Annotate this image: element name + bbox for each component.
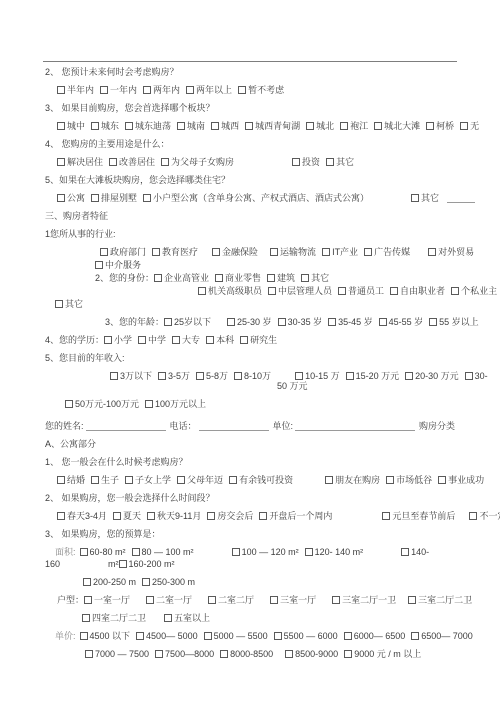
checkbox-icon[interactable] bbox=[465, 372, 473, 380]
checkbox-option[interactable]: 45-55 岁 bbox=[379, 317, 424, 327]
checkbox-icon[interactable] bbox=[142, 578, 150, 586]
checkbox-icon[interactable] bbox=[65, 400, 73, 408]
option-label: 小户型公寓（含单身公寓、产权式酒店、酒店式公寓） bbox=[153, 193, 369, 203]
checkbox-icon[interactable] bbox=[125, 476, 133, 484]
checkbox-option[interactable]: 房交会后 bbox=[207, 511, 253, 521]
checkbox-icon[interactable] bbox=[172, 336, 180, 344]
checkbox-icon[interactable] bbox=[57, 86, 65, 94]
checkbox-option[interactable]: 一室一厅 bbox=[84, 595, 130, 605]
checkbox-option[interactable]: 城北大滩 bbox=[374, 121, 420, 131]
options-identity-row2: 机关高级职员中层管理人员普通员工自由职业者个私业主 bbox=[198, 286, 457, 296]
checkbox-icon[interactable] bbox=[278, 318, 286, 326]
option-label: 城西 bbox=[221, 121, 239, 131]
question-education: 4、您的学历：小学中学大专本科研究生 bbox=[45, 335, 457, 345]
checkbox-option[interactable]: 运输物流 bbox=[270, 247, 316, 257]
options-when-consider: 结婚生子子女上学父母年迈有余钱可投资朋友在购房市场低谷事业成功 bbox=[57, 475, 457, 485]
checkbox-icon[interactable] bbox=[390, 287, 398, 295]
checkbox-option[interactable]: 解决居住 bbox=[57, 157, 103, 167]
option-label: 运输物流 bbox=[280, 247, 316, 257]
option-label: 朋友在购房 bbox=[335, 475, 380, 485]
checkbox-option[interactable]: 父母年迈 bbox=[177, 475, 223, 485]
option-label: 个私业主 bbox=[461, 286, 497, 296]
checkbox-option[interactable]: 企业高管业 bbox=[154, 273, 209, 283]
spacer bbox=[200, 554, 232, 555]
option-label: 暂不考虑 bbox=[248, 85, 284, 95]
option-label: 四室二厅二卫 bbox=[92, 613, 146, 623]
checkbox-option[interactable]: 8-10万 bbox=[234, 371, 271, 381]
checkbox-icon[interactable] bbox=[215, 274, 223, 282]
checkbox-option[interactable]: 3-5万 bbox=[158, 371, 190, 381]
option-label: 5500 — 6000 bbox=[284, 631, 338, 641]
checkbox-icon[interactable] bbox=[270, 248, 278, 256]
checkbox-option[interactable]: 中学 bbox=[138, 335, 166, 345]
checkbox-icon[interactable] bbox=[234, 372, 242, 380]
checkbox-icon[interactable] bbox=[91, 122, 99, 130]
question-budget: 3、 如果购房，您的预算是： bbox=[45, 529, 457, 539]
checkbox-icon[interactable] bbox=[198, 287, 206, 295]
checkbox-option[interactable]: 改善居住 bbox=[109, 157, 155, 167]
checkbox-icon[interactable] bbox=[328, 318, 336, 326]
option-label: 中介服务 bbox=[105, 260, 141, 270]
option-label: 结婚 bbox=[67, 475, 85, 485]
checkbox-icon[interactable] bbox=[208, 596, 216, 604]
budget-housetype-row1: 户型：一室一厅二室一厅二室二厅三室一厅三室二厅一卫三室二厅二卫 bbox=[57, 595, 457, 605]
checkbox-icon[interactable] bbox=[326, 158, 334, 166]
checkbox-option[interactable]: 120- 140 m² bbox=[305, 547, 364, 557]
checkbox-option[interactable]: 4500 以下 bbox=[80, 631, 131, 641]
checkbox-icon[interactable] bbox=[146, 596, 154, 604]
checkbox-icon[interactable] bbox=[85, 650, 93, 658]
option-label: 建筑 bbox=[277, 273, 295, 283]
option-label: 排屋别墅 bbox=[101, 193, 137, 203]
checkbox-option[interactable]: 140- bbox=[401, 547, 429, 557]
checkbox-option[interactable]: 160-200 m² bbox=[119, 559, 175, 569]
checkbox-option[interactable]: 中介服务 bbox=[95, 260, 141, 270]
spacer bbox=[152, 620, 164, 621]
checkbox-option[interactable]: 教育医疗 bbox=[152, 247, 198, 257]
checkbox-icon[interactable] bbox=[57, 476, 65, 484]
checkbox-option[interactable]: 其它 bbox=[301, 273, 329, 283]
checkbox-icon[interactable] bbox=[80, 548, 88, 556]
checkbox-option[interactable]: 建筑 bbox=[267, 273, 295, 283]
checkbox-icon[interactable] bbox=[164, 318, 172, 326]
checkbox-option[interactable]: 夏天 bbox=[113, 511, 141, 521]
options-datan-housing-type: 公寓排屋别墅小户型公寓（含单身公寓、产权式酒店、酒店式公寓）其它 bbox=[57, 193, 457, 203]
checkbox-option[interactable]: 三室二厅一卫 bbox=[332, 595, 396, 605]
checkbox-icon[interactable] bbox=[207, 512, 215, 520]
option-label: 研究生 bbox=[250, 335, 277, 345]
option-label: 父母年迈 bbox=[187, 475, 223, 485]
spacer bbox=[322, 602, 332, 603]
text-label: 电话： bbox=[170, 421, 197, 431]
checkbox-icon[interactable] bbox=[84, 596, 92, 604]
checkbox-icon[interactable] bbox=[57, 194, 65, 202]
option-label: 本科 bbox=[216, 335, 234, 345]
checkbox-icon[interactable] bbox=[322, 248, 330, 256]
fill-in-blank[interactable] bbox=[447, 193, 475, 203]
checkbox-icon[interactable] bbox=[267, 274, 275, 282]
option-label: 元旦至春节前后 bbox=[392, 511, 455, 521]
option-label: 投资 bbox=[302, 157, 320, 167]
checkbox-option[interactable]: 城东 bbox=[91, 121, 119, 131]
checkbox-option[interactable]: 有余钱可投资 bbox=[229, 475, 293, 485]
question-income: 5、您目前的年收入: bbox=[45, 353, 457, 363]
checkbox-icon[interactable] bbox=[206, 336, 214, 344]
checkbox-icon[interactable] bbox=[143, 86, 151, 94]
checkbox-icon[interactable] bbox=[104, 336, 112, 344]
checkbox-option[interactable]: 二室一厅 bbox=[146, 595, 192, 605]
budget-area-row2: 160m²160-200 m² bbox=[45, 559, 457, 569]
checkbox-icon[interactable] bbox=[460, 122, 468, 130]
checkbox-option[interactable]: 60-80 m² bbox=[80, 547, 126, 557]
checkbox-icon[interactable] bbox=[429, 318, 437, 326]
option-label: 半年内 bbox=[67, 85, 94, 95]
checkbox-icon[interactable] bbox=[110, 372, 118, 380]
checkbox-icon[interactable] bbox=[259, 512, 267, 520]
checkbox-option[interactable]: 25岁以下 bbox=[164, 317, 211, 327]
checkbox-icon[interactable] bbox=[145, 400, 153, 408]
checkbox-option[interactable]: 其它 bbox=[411, 193, 439, 203]
option-label: 25岁以下 bbox=[174, 317, 211, 327]
option-label: 企业高管业 bbox=[164, 273, 209, 283]
option-label: 为父母子女购房 bbox=[171, 157, 234, 167]
checkbox-option[interactable]: 本科 bbox=[206, 335, 234, 345]
checkbox-option[interactable]: 投资 bbox=[292, 157, 320, 167]
checkbox-option[interactable]: 广告传媒 bbox=[364, 247, 410, 257]
checkbox-option[interactable]: 55 岁以上 bbox=[429, 317, 479, 327]
checkbox-option[interactable]: 商业零售 bbox=[215, 273, 261, 283]
checkbox-option[interactable]: 春天3-4月 bbox=[57, 511, 107, 521]
checkbox-icon[interactable] bbox=[238, 86, 246, 94]
option-label: 三室一厅 bbox=[280, 595, 316, 605]
checkbox-icon[interactable] bbox=[386, 476, 394, 484]
checkbox-option[interactable]: 200-250 m bbox=[83, 577, 136, 587]
checkbox-icon[interactable] bbox=[227, 318, 235, 326]
checkbox-option[interactable]: 25-30 岁 bbox=[227, 317, 272, 327]
text-label: 3、 如果目前购房，您会首选择哪个板块？ bbox=[45, 103, 215, 113]
checkbox-icon[interactable] bbox=[301, 274, 309, 282]
option-label: 自由职业者 bbox=[400, 286, 445, 296]
checkbox-icon[interactable] bbox=[232, 548, 240, 556]
checkbox-option[interactable]: 5000 — 5500 bbox=[204, 631, 268, 641]
option-label: 其它 bbox=[336, 157, 354, 167]
option-label: 对外贸易 bbox=[438, 247, 474, 257]
checkbox-icon[interactable] bbox=[245, 122, 253, 130]
checkbox-icon[interactable] bbox=[80, 632, 88, 640]
checkbox-icon[interactable] bbox=[270, 596, 278, 604]
checkbox-option[interactable]: 事业成功 bbox=[438, 475, 484, 485]
option-label: 7500—8000 bbox=[165, 649, 214, 659]
section-apartment-part: A、公寓部分 bbox=[45, 439, 457, 449]
text-label: 3、 如果购房，您的预算是： bbox=[45, 529, 161, 539]
checkbox-icon[interactable] bbox=[83, 578, 91, 586]
checkbox-option[interactable]: 城东迪荡 bbox=[125, 121, 171, 131]
option-label: 30- bbox=[475, 371, 488, 381]
checkbox-option[interactable]: 35-45 岁 bbox=[328, 317, 373, 327]
checkbox-option[interactable]: 机关高级职员 bbox=[198, 286, 262, 296]
checkbox-option[interactable]: 大专 bbox=[172, 335, 200, 345]
checkbox-icon[interactable] bbox=[82, 614, 90, 622]
checkbox-option[interactable]: 市场低谷 bbox=[386, 475, 432, 485]
option-label: 6500— 7000 bbox=[421, 631, 473, 641]
checkbox-option[interactable]: 朋友在购房 bbox=[325, 475, 380, 485]
checkbox-icon[interactable] bbox=[132, 548, 140, 556]
checkbox-option[interactable]: 其它 bbox=[326, 157, 354, 167]
option-label: 6000— 6500 bbox=[354, 631, 406, 641]
respondent-info-line: 您的姓名:电话：单位:购房分类 bbox=[45, 421, 457, 431]
checkbox-option[interactable]: 政府部门 bbox=[100, 247, 146, 257]
checkbox-option[interactable]: 9000 元 / m 以上 bbox=[344, 649, 421, 659]
checkbox-icon[interactable] bbox=[196, 372, 204, 380]
checkbox-option[interactable]: 柯桥 bbox=[426, 121, 454, 131]
text-label: m² bbox=[108, 559, 119, 569]
checkbox-icon[interactable] bbox=[306, 122, 314, 130]
checkbox-icon[interactable] bbox=[451, 287, 459, 295]
checkbox-icon[interactable] bbox=[229, 476, 237, 484]
checkbox-icon[interactable] bbox=[155, 650, 163, 658]
checkbox-option[interactable]: 20-30 万元 bbox=[405, 371, 459, 381]
checkbox-option[interactable]: 城中 bbox=[57, 121, 85, 131]
fill-in-blank[interactable] bbox=[199, 421, 269, 431]
checkbox-icon[interactable] bbox=[438, 476, 446, 484]
checkbox-option[interactable]: 元旦至春节前后 bbox=[382, 511, 455, 521]
checkbox-icon[interactable] bbox=[295, 372, 303, 380]
checkbox-option[interactable]: 小学 bbox=[104, 335, 132, 345]
checkbox-option[interactable]: 排屋别墅 bbox=[91, 193, 137, 203]
checkbox-option[interactable]: 一年内 bbox=[100, 85, 137, 95]
checkbox-option[interactable]: 8000-8500 bbox=[220, 649, 273, 659]
checkbox-icon[interactable] bbox=[57, 512, 65, 520]
checkbox-icon[interactable] bbox=[411, 632, 419, 640]
fill-in-blank[interactable] bbox=[86, 421, 166, 431]
checkbox-icon[interactable] bbox=[408, 596, 416, 604]
checkbox-icon[interactable] bbox=[374, 122, 382, 130]
checkbox-option[interactable]: 30-35 岁 bbox=[278, 317, 323, 327]
checkbox-icon[interactable] bbox=[469, 512, 477, 520]
checkbox-icon[interactable] bbox=[57, 158, 65, 166]
option-label: 8500-9000 bbox=[295, 649, 338, 659]
checkbox-icon[interactable] bbox=[211, 122, 219, 130]
option-label: 城东迪荡 bbox=[135, 121, 171, 131]
checkbox-option[interactable]: 小户型公寓（含单身公寓、产权式酒店、酒店式公寓） bbox=[143, 193, 369, 203]
budget-area-row3: 200-250 m250-300 m bbox=[83, 577, 457, 587]
checkbox-option[interactable]: 两年内 bbox=[143, 85, 180, 95]
spacer bbox=[369, 554, 401, 555]
checkbox-option[interactable]: 两年以上 bbox=[186, 85, 232, 95]
checkbox-option[interactable]: 10-15 万 bbox=[295, 371, 340, 381]
checkbox-icon[interactable] bbox=[332, 596, 340, 604]
spacer bbox=[299, 482, 325, 483]
checkbox-option[interactable]: 50万元-100万元 bbox=[65, 399, 139, 409]
options-income-wrap: 50 万元 bbox=[277, 381, 457, 391]
text-label: 单位: bbox=[273, 421, 294, 431]
option-label: 一年内 bbox=[110, 85, 137, 95]
checkbox-option[interactable]: 研究生 bbox=[240, 335, 277, 345]
checkbox-option[interactable]: 3万以下 bbox=[110, 371, 152, 381]
checkbox-option[interactable]: 15-20 万元 bbox=[346, 371, 400, 381]
checkbox-icon[interactable] bbox=[143, 194, 151, 202]
checkbox-option[interactable]: 城西 bbox=[211, 121, 239, 131]
survey-document: 2、 您预计未来何时会考虑购房？ 半年内一年内两年内两年以上暂不考虑 3、 如果… bbox=[0, 0, 500, 659]
question-when-consider: 1、 您一般会在什么时候考虑购房？ bbox=[45, 457, 457, 467]
option-label: 120- 140 m² bbox=[315, 547, 364, 557]
checkbox-icon[interactable] bbox=[411, 194, 419, 202]
checkbox-icon[interactable] bbox=[405, 372, 413, 380]
checkbox-option[interactable]: 100万元以上 bbox=[145, 399, 206, 409]
option-label: 45-55 岁 bbox=[389, 317, 424, 327]
checkbox-option[interactable]: 城北 bbox=[306, 121, 334, 131]
checkbox-icon[interactable] bbox=[292, 158, 300, 166]
checkbox-icon[interactable] bbox=[285, 650, 293, 658]
checkbox-option[interactable]: 普通员工 bbox=[338, 286, 384, 296]
option-label: 55 岁以上 bbox=[439, 317, 479, 327]
checkbox-option[interactable]: 二室二厅 bbox=[208, 595, 254, 605]
checkbox-option[interactable]: 5-8万 bbox=[196, 371, 228, 381]
checkbox-icon[interactable] bbox=[325, 476, 333, 484]
checkbox-option[interactable]: 生子 bbox=[91, 475, 119, 485]
checkbox-icon[interactable] bbox=[401, 548, 409, 556]
spacer bbox=[136, 602, 146, 603]
checkbox-option[interactable]: 无 bbox=[460, 121, 479, 131]
checkbox-option[interactable]: 自由职业者 bbox=[390, 286, 445, 296]
checkbox-icon[interactable] bbox=[426, 122, 434, 130]
checkbox-icon[interactable] bbox=[161, 158, 169, 166]
option-label: 城东 bbox=[101, 121, 119, 131]
checkbox-option[interactable]: 袍江 bbox=[340, 121, 368, 131]
option-label: 其它 bbox=[421, 193, 439, 203]
option-label: 100万元以上 bbox=[155, 399, 206, 409]
checkbox-icon[interactable] bbox=[379, 318, 387, 326]
checkbox-icon[interactable] bbox=[113, 512, 121, 520]
checkbox-option[interactable]: 四室二厅二卫 bbox=[82, 613, 146, 623]
checkbox-option[interactable]: 7500—8000 bbox=[155, 649, 214, 659]
option-label: 袍江 bbox=[350, 121, 368, 131]
checkbox-icon[interactable] bbox=[57, 122, 65, 130]
option-label: 一室一厅 bbox=[94, 595, 130, 605]
checkbox-icon[interactable] bbox=[95, 261, 103, 269]
checkbox-option[interactable]: 其它 bbox=[55, 299, 83, 309]
checkbox-icon[interactable] bbox=[344, 650, 352, 658]
checkbox-option[interactable]: 半年内 bbox=[57, 85, 94, 95]
checkbox-icon[interactable] bbox=[147, 512, 155, 520]
checkbox-option[interactable]: 金融保险 bbox=[212, 247, 258, 257]
option-label: 其它 bbox=[65, 299, 83, 309]
text-label: 单价: bbox=[55, 631, 76, 641]
checkbox-icon[interactable] bbox=[382, 512, 390, 520]
checkbox-icon[interactable] bbox=[177, 122, 185, 130]
fill-in-blank[interactable] bbox=[295, 421, 415, 431]
checkbox-icon[interactable] bbox=[338, 287, 346, 295]
checkbox-icon[interactable] bbox=[186, 86, 194, 94]
checkbox-option[interactable]: 6000— 6500 bbox=[344, 631, 406, 641]
option-label: 无 bbox=[470, 121, 479, 131]
checkbox-option[interactable]: 公寓 bbox=[57, 193, 85, 203]
checkbox-option[interactable]: 为父母子女购房 bbox=[161, 157, 234, 167]
checkbox-icon[interactable] bbox=[428, 248, 436, 256]
checkbox-icon[interactable] bbox=[91, 476, 99, 484]
checkbox-option[interactable]: 不一定 bbox=[469, 511, 500, 521]
checkbox-icon[interactable] bbox=[138, 336, 146, 344]
checkbox-option[interactable]: 城南 bbox=[177, 121, 205, 131]
checkbox-icon[interactable] bbox=[125, 122, 133, 130]
checkbox-icon[interactable] bbox=[152, 248, 160, 256]
checkbox-option[interactable]: 三室二厅二卫 bbox=[408, 595, 472, 605]
checkbox-option[interactable]: 开盘后一个周内 bbox=[259, 511, 332, 521]
checkbox-icon[interactable] bbox=[100, 86, 108, 94]
checkbox-option[interactable]: 子女上学 bbox=[125, 475, 171, 485]
checkbox-option[interactable]: 5500 — 6000 bbox=[274, 631, 338, 641]
checkbox-option[interactable]: 4500— 5000 bbox=[136, 631, 198, 641]
checkbox-icon[interactable] bbox=[340, 122, 348, 130]
checkbox-icon[interactable] bbox=[164, 614, 172, 622]
checkbox-option[interactable]: 结婚 bbox=[57, 475, 85, 485]
checkbox-icon[interactable] bbox=[346, 372, 354, 380]
checkbox-icon[interactable] bbox=[55, 300, 63, 308]
checkbox-option[interactable]: 250-300 m bbox=[142, 577, 195, 587]
checkbox-option[interactable]: 暂不考虑 bbox=[238, 85, 284, 95]
text-label: 您的姓名: bbox=[45, 421, 84, 431]
option-label: 市场低谷 bbox=[396, 475, 432, 485]
option-label: 140- bbox=[411, 547, 429, 557]
question-time-period: 2、 如果购房，您一般会选择什么时间段？ bbox=[45, 493, 457, 503]
option-label: 25-30 岁 bbox=[237, 317, 272, 327]
text-label: 面积: bbox=[55, 547, 76, 557]
checkbox-icon[interactable] bbox=[154, 274, 162, 282]
checkbox-option[interactable]: 6500— 7000 bbox=[411, 631, 473, 641]
checkbox-icon[interactable] bbox=[204, 632, 212, 640]
checkbox-option[interactable]: 个私业主 bbox=[451, 286, 497, 296]
option-label: 4500— 5000 bbox=[146, 631, 198, 641]
checkbox-option[interactable]: 100 — 120 m² bbox=[232, 547, 299, 557]
spacer bbox=[198, 602, 208, 603]
option-label: 中学 bbox=[148, 335, 166, 345]
checkbox-icon[interactable] bbox=[100, 248, 108, 256]
checkbox-option[interactable]: 对外贸易 bbox=[428, 247, 474, 257]
checkbox-icon[interactable] bbox=[305, 548, 313, 556]
checkbox-option[interactable]: 8500-9000 bbox=[285, 649, 338, 659]
option-label: 3万以下 bbox=[120, 371, 152, 381]
text-label: 2、 如果购房，您一般会选择什么时间段？ bbox=[45, 493, 215, 503]
checkbox-icon[interactable] bbox=[91, 194, 99, 202]
checkbox-option[interactable]: IT产业 bbox=[322, 247, 358, 257]
checkbox-icon[interactable] bbox=[119, 560, 127, 568]
checkbox-icon[interactable] bbox=[109, 158, 117, 166]
checkbox-icon[interactable] bbox=[220, 650, 228, 658]
checkbox-icon[interactable] bbox=[274, 632, 282, 640]
spacer bbox=[240, 164, 292, 165]
checkbox-option[interactable]: 秋天9-11月 bbox=[147, 511, 201, 521]
checkbox-icon[interactable] bbox=[177, 476, 185, 484]
checkbox-option[interactable]: 五室以上 bbox=[164, 613, 210, 623]
checkbox-option[interactable]: 80 — 100 m² bbox=[132, 547, 194, 557]
checkbox-icon[interactable] bbox=[212, 248, 220, 256]
checkbox-option[interactable]: 30- bbox=[465, 371, 488, 381]
checkbox-option[interactable]: 城西青甸湖 bbox=[245, 121, 300, 131]
checkbox-option[interactable]: 7000 — 7500 bbox=[85, 649, 149, 659]
checkbox-icon[interactable] bbox=[240, 336, 248, 344]
checkbox-option[interactable]: 中层管理人员 bbox=[268, 286, 332, 296]
option-label: 两年以上 bbox=[196, 85, 232, 95]
checkbox-icon[interactable] bbox=[364, 248, 372, 256]
checkbox-icon[interactable] bbox=[158, 372, 166, 380]
option-label: 机关高级职员 bbox=[208, 286, 262, 296]
checkbox-icon[interactable] bbox=[136, 632, 144, 640]
checkbox-icon[interactable] bbox=[268, 287, 276, 295]
checkbox-icon[interactable] bbox=[344, 632, 352, 640]
checkbox-option[interactable]: 三室一厅 bbox=[270, 595, 316, 605]
options-time-period: 春天3-4月夏天秋天9-11月房交会后开盘后一个周内元旦至春节前后不一定 bbox=[57, 511, 457, 521]
text-label: 4、 您购房的主要用途是什么： bbox=[45, 139, 170, 149]
